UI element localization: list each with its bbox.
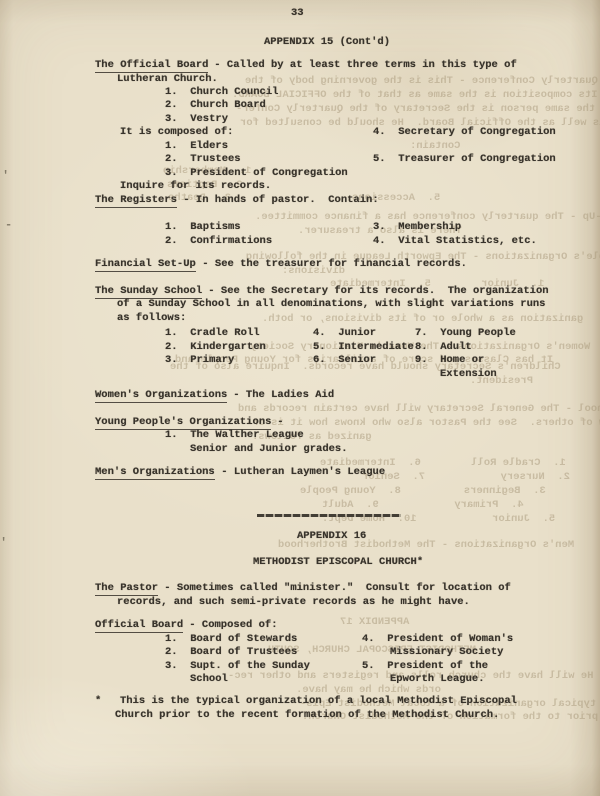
- artifacts-layer: '-': [0, 0, 600, 796]
- stray-mark: ': [2, 170, 9, 182]
- typed-divider-line: [257, 514, 401, 517]
- stray-mark: -: [5, 219, 12, 231]
- scanned-page: The Quarterly Conference - This is the g…: [0, 0, 600, 796]
- stray-mark: ': [0, 537, 7, 549]
